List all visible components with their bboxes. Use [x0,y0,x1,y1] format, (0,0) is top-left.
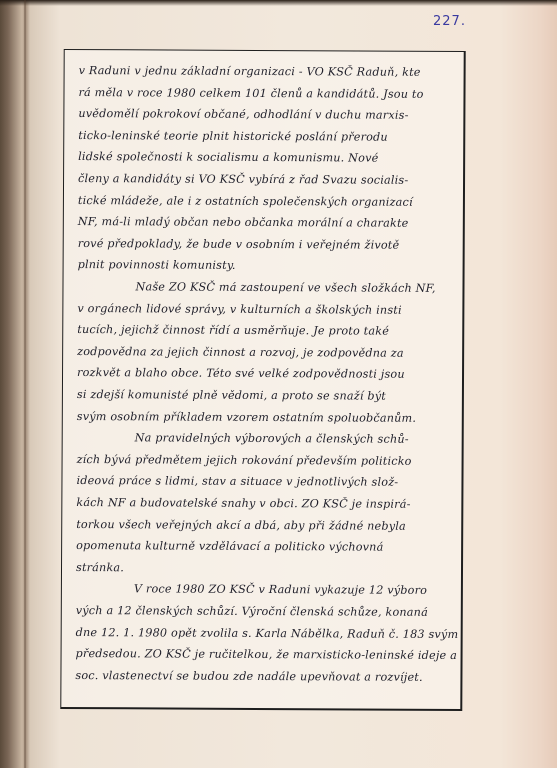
text-line: zodpovědna za jejich činnost a rozvoj, j… [77,345,454,360]
text-line: svým osobním příkladem vzorem ostatním s… [77,410,454,425]
text-line: rá měla v roce 1980 celkem 101 členů a k… [78,86,455,101]
text-line: členy a kandidáty si VO KSČ vybírá z řad… [78,172,455,187]
text-line: Naše ZO KSČ má zastoupení ve všech složk… [77,280,454,295]
text-line: soc. vlastenectví se budou zde nadále up… [75,669,452,684]
text-line: vých a 12 členských schůzí. Výroční člen… [76,604,453,619]
handwritten-text-box: v Raduni v jednu základní organizaci - V… [60,49,465,711]
text-line: opomenuta kulturně vzdělávací a politick… [76,539,453,554]
text-line: lidské společnosti k socialismu a komuni… [78,150,455,165]
text-line: uvědomělí pokrokoví občané, odhodlání v … [78,107,455,122]
text-line: Na pravidelných výborových a členských s… [77,431,454,446]
page-number: 227. [433,14,466,29]
text-line: v Raduni v jednu základní organizaci - V… [79,64,456,79]
book-binding-fold [24,0,26,768]
text-line: rozkvět a blaho obce. Této své velké zod… [77,366,454,381]
text-line: dne 12. 1. 1980 opět zvolila s. Karla Ná… [76,626,453,641]
text-line: rové předpoklady, že bude v osobním i ve… [78,237,455,252]
text-line: NF, má-li mladý občan nebo občanka morál… [78,215,455,230]
text-line: si zdejší komunisté plně vědomi, a proto… [77,388,454,403]
text-line: V roce 1980 ZO KSČ v Raduni vykazuje 12 … [76,582,453,597]
text-line: předsedou. ZO KSČ je ručitelkou, že marx… [76,647,453,662]
text-line: v orgánech lidové správy, v kulturních a… [77,302,454,317]
text-line: ideová práce s lidmi, stav a situace v j… [76,474,453,489]
text-line: torkou všech veřejných akcí a dbá, aby p… [76,518,453,533]
text-line: kách NF a budovatelské snahy v obci. ZO … [76,496,453,511]
text-line: stránka. [76,561,453,576]
text-line: ticko-leninské teorie plnit historické p… [78,129,455,144]
text-line: tucích, jejichž činnost řídí a usměrňuje… [77,323,454,338]
book-top-shadow [0,0,557,6]
text-line: zích bývá předmětem jejich rokování před… [77,453,454,468]
text-line: plnit povinnosti komunisty. [78,258,455,273]
text-line: tické mládeže, ale i z ostatních společe… [78,194,455,209]
